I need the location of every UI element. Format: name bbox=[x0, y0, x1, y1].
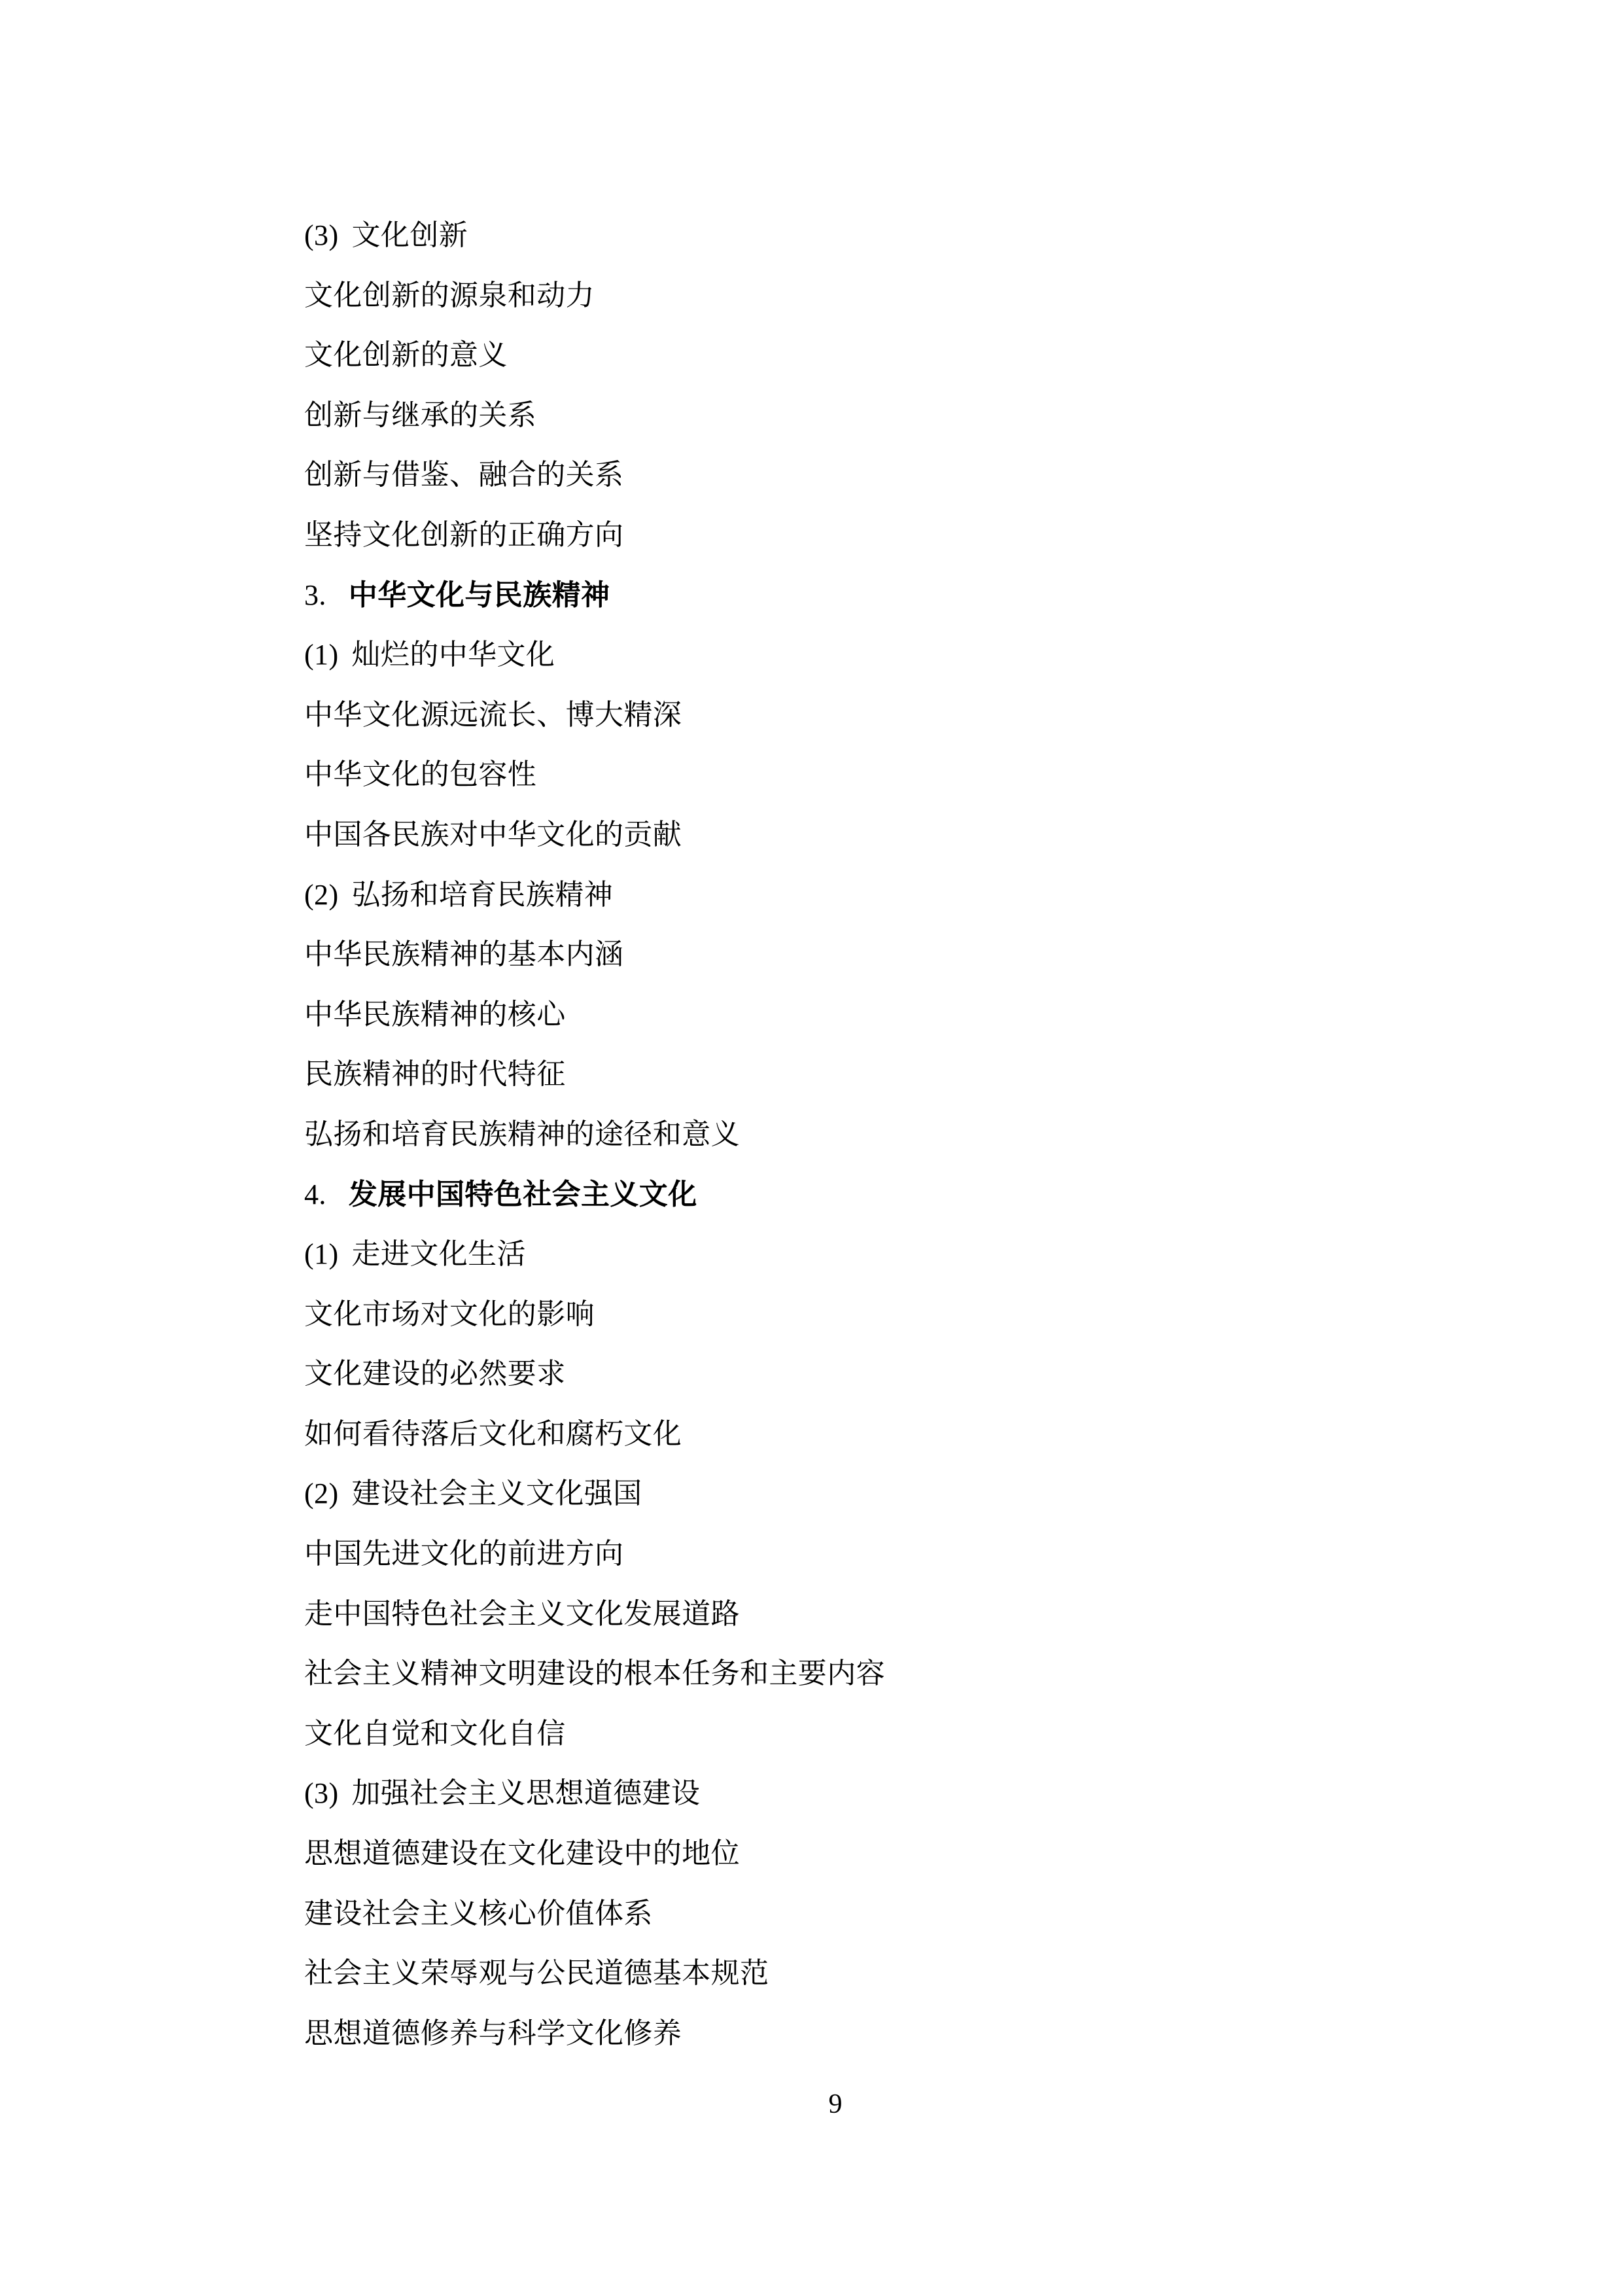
text-line: 走中国特色社会主义文化发展道路 bbox=[304, 1584, 885, 1644]
line-text: 如何看待落后文化和腐朽文化 bbox=[304, 1418, 682, 1450]
item-number: (3) bbox=[304, 1763, 339, 1824]
line-text: 灿烂的中华文化 bbox=[352, 639, 555, 671]
line-text: 中华民族精神的核心 bbox=[304, 998, 566, 1031]
text-line: 中华文化的包容性 bbox=[304, 745, 885, 805]
line-text: 文化自觉和文化自信 bbox=[304, 1718, 566, 1750]
text-line: 思想道德修养与科学文化修养 bbox=[304, 2004, 885, 2064]
text-line: (3)加强社会主义思想道德建设 bbox=[304, 1763, 885, 1824]
line-text: 建设社会主义文化强国 bbox=[352, 1477, 642, 1510]
document-page: (3)文化创新文化创新的源泉和动力文化创新的意义创新与继承的关系创新与借鉴、融合… bbox=[0, 0, 1623, 2296]
text-line: 建设社会主义核心价值体系 bbox=[304, 1884, 885, 1944]
page-number: 9 bbox=[829, 2089, 843, 2120]
line-text: 中国各民族对中华文化的贡献 bbox=[304, 819, 682, 851]
line-text: 弘扬和培育民族精神的途径和意义 bbox=[304, 1118, 740, 1150]
line-text: 文化市场对文化的影响 bbox=[304, 1298, 595, 1330]
text-line: 中华文化源远流长、博大精深 bbox=[304, 685, 885, 745]
line-text: 建设社会主义核心价值体系 bbox=[304, 1898, 653, 1930]
text-line: 坚持文化创新的正确方向 bbox=[304, 505, 885, 565]
line-text: 加强社会主义思想道德建设 bbox=[352, 1777, 701, 1809]
section-heading-text: 中华文化与民族精神 bbox=[349, 579, 610, 611]
line-text: 文化创新的源泉和动力 bbox=[304, 279, 595, 311]
item-number: (2) bbox=[304, 865, 339, 925]
text-line: (2)弘扬和培育民族精神 bbox=[304, 865, 885, 925]
text-line: 思想道德建设在文化建设中的地位 bbox=[304, 1824, 885, 1884]
text-line: 文化市场对文化的影响 bbox=[304, 1284, 885, 1345]
text-line: (1)走进文化生活 bbox=[304, 1224, 885, 1284]
text-line: 中华民族精神的核心 bbox=[304, 985, 885, 1045]
section-number: 3. bbox=[304, 565, 326, 626]
line-text: 弘扬和培育民族精神 bbox=[352, 879, 614, 911]
text-line: 文化建设的必然要求 bbox=[304, 1344, 885, 1404]
line-text: 文化创新 bbox=[352, 219, 468, 251]
line-text: 中华民族精神的基本内涵 bbox=[304, 938, 623, 970]
text-line: 中华民族精神的基本内涵 bbox=[304, 925, 885, 985]
line-text: 思想道德建设在文化建设中的地位 bbox=[304, 1837, 740, 1869]
text-line: 弘扬和培育民族精神的途径和意义 bbox=[304, 1104, 885, 1165]
text-line: (1)灿烂的中华文化 bbox=[304, 625, 885, 685]
line-text: 文化建设的必然要求 bbox=[304, 1358, 566, 1390]
text-line: (2)建设社会主义文化强国 bbox=[304, 1464, 885, 1524]
section-heading-line: 3.中华文化与民族精神 bbox=[304, 565, 885, 626]
line-text: 文化创新的意义 bbox=[304, 339, 508, 371]
line-text: 中华文化的包容性 bbox=[304, 758, 536, 790]
line-text: 创新与借鉴、融合的关系 bbox=[304, 459, 623, 491]
text-line: 文化创新的源泉和动力 bbox=[304, 266, 885, 326]
text-line: 社会主义荣辱观与公民道德基本规范 bbox=[304, 1943, 885, 2004]
text-line: 文化自觉和文化自信 bbox=[304, 1704, 885, 1764]
text-line: 中国先进文化的前进方向 bbox=[304, 1524, 885, 1584]
text-line: 创新与继承的关系 bbox=[304, 385, 885, 446]
section-heading-line: 4.发展中国特色社会主义文化 bbox=[304, 1165, 885, 1225]
text-line: 民族精神的时代特征 bbox=[304, 1044, 885, 1104]
item-number: (3) bbox=[304, 205, 339, 266]
text-line: 如何看待落后文化和腐朽文化 bbox=[304, 1404, 885, 1464]
text-line: (3)文化创新 bbox=[304, 205, 885, 266]
item-number: (2) bbox=[304, 1464, 339, 1524]
line-text: 中国先进文化的前进方向 bbox=[304, 1538, 623, 1570]
item-number: (1) bbox=[304, 625, 339, 685]
text-line: 创新与借鉴、融合的关系 bbox=[304, 445, 885, 505]
line-text: 创新与继承的关系 bbox=[304, 399, 536, 431]
syllabus-outline-lines: (3)文化创新文化创新的源泉和动力文化创新的意义创新与继承的关系创新与借鉴、融合… bbox=[304, 205, 885, 2063]
line-text: 社会主义精神文明建设的根本任务和主要内容 bbox=[304, 1657, 885, 1689]
text-line: 文化创新的意义 bbox=[304, 325, 885, 385]
section-number: 4. bbox=[304, 1165, 326, 1225]
line-text: 社会主义荣辱观与公民道德基本规范 bbox=[304, 1957, 769, 1989]
line-text: 走中国特色社会主义文化发展道路 bbox=[304, 1598, 740, 1630]
line-text: 坚持文化创新的正确方向 bbox=[304, 519, 623, 551]
section-heading-text: 发展中国特色社会主义文化 bbox=[349, 1178, 697, 1210]
text-line: 社会主义精神文明建设的根本任务和主要内容 bbox=[304, 1644, 885, 1704]
line-text: 民族精神的时代特征 bbox=[304, 1058, 566, 1090]
line-text: 中华文化源远流长、博大精深 bbox=[304, 699, 682, 731]
text-line: 中国各民族对中华文化的贡献 bbox=[304, 805, 885, 865]
line-text: 思想道德修养与科学文化修养 bbox=[304, 2017, 682, 2049]
item-number: (1) bbox=[304, 1224, 339, 1284]
line-text: 走进文化生活 bbox=[352, 1238, 526, 1270]
